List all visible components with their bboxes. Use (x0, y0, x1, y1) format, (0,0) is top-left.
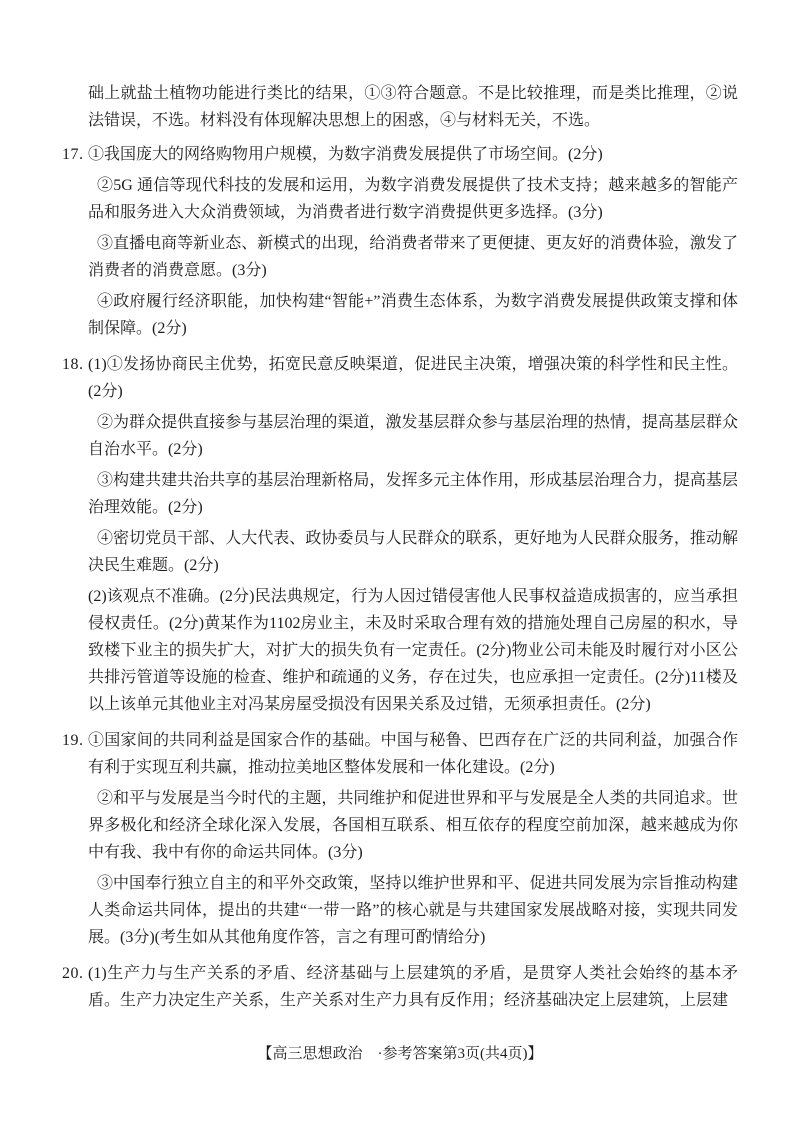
answer-key-page: 础上就盐土植物功能进行类比的结果，①③符合题意。不是比较推理，而是类比推理，②说… (0, 0, 800, 1124)
paragraph-group: ①我国庞大的网络购物用户规模，为数字消费发展提供了市场空间。(2分) ②5G 通… (88, 141, 738, 342)
continuation-paragraph-block: 础上就盐土植物功能进行类比的结果，①③符合题意。不是比较推理，而是类比推理，②说… (62, 80, 740, 134)
answer-paragraph: ①我国庞大的网络购物用户规模，为数字消费发展提供了市场空间。(2分) (88, 141, 738, 168)
answer-paragraph: ④密切党员干部、人大代表、政协委员与人民群众的联系，更好地为人民群众服务，推动解… (88, 525, 738, 579)
question-19-answer: 19. ①国家间的共同利益是国家合作的基础。中国与秘鲁、巴西存在广泛的共同利益，… (62, 727, 740, 951)
answer-paragraph: (1)①发扬协商民主优势，拓宽民意反映渠道，促进民主决策，增强决策的科学性和民主… (88, 351, 738, 405)
answer-paragraph: ③中国奉行独立自主的和平外交政策，坚持以维护世界和平、促进共同发展为宗旨推动构建… (88, 870, 738, 951)
paragraph-group: (1)①发扬协商民主优势，拓宽民意反映渠道，促进民主决策，增强决策的科学性和民主… (88, 351, 738, 718)
question-number: 19. (62, 727, 84, 754)
paragraph-group: 础上就盐土植物功能进行类比的结果，①③符合题意。不是比较推理，而是类比推理，②说… (88, 80, 738, 134)
answers-content: 础上就盐土植物功能进行类比的结果，①③符合题意。不是比较推理，而是类比推理，②说… (62, 80, 740, 1023)
answer-paragraph: 础上就盐土植物功能进行类比的结果，①③符合题意。不是比较推理，而是类比推理，②说… (88, 80, 738, 134)
question-number: 17. (62, 141, 84, 168)
answer-paragraph: ④政府履行经济职能，加快构建“智能+”消费生态体系，为数字消费发展提供政策支撑和… (88, 288, 738, 342)
question-18-answer: 18. (1)①发扬协商民主优势，拓宽民意反映渠道，促进民主决策，增强决策的科学… (62, 351, 740, 718)
paragraph-group: (1)生产力与生产关系的矛盾、经济基础与上层建筑的矛盾，是贯穿人类社会始终的基本… (88, 960, 738, 1014)
answer-paragraph: ②为群众提供直接参与基层治理的渠道，激发基层群众参与基层治理的热情，提高基层群众… (88, 409, 738, 463)
answer-paragraph: ①国家间的共同利益是国家合作的基础。中国与秘鲁、巴西存在广泛的共同利益，加强合作… (88, 727, 738, 781)
answer-paragraph: ③直播电商等新业态、新模式的出现，给消费者带来了更便捷、更友好的消费体验，激发了… (88, 230, 738, 284)
question-number: 18. (62, 351, 84, 378)
question-number: 20. (62, 960, 84, 987)
answer-paragraph: ②5G 通信等现代科技的发展和运用，为数字消费发展提供了技术支持；越来越多的智能… (88, 172, 738, 226)
question-17-answer: 17. ①我国庞大的网络购物用户规模，为数字消费发展提供了市场空间。(2分) ②… (62, 141, 740, 342)
answer-paragraph: (2)该观点不准确。(2分)民法典规定，行为人因过错侵害他人民事权益造成损害的，… (88, 583, 738, 718)
page-footer: 【高三思想政治 ·参考答案第3页(共4页)】 (0, 1042, 800, 1063)
answer-paragraph: ③构建共建共治共享的基层治理新格局，发挥多元主体作用，形成基层治理合力，提高基层… (88, 467, 738, 521)
question-20-answer: 20. (1)生产力与生产关系的矛盾、经济基础与上层建筑的矛盾，是贯穿人类社会始… (62, 960, 740, 1014)
paragraph-group: ①国家间的共同利益是国家合作的基础。中国与秘鲁、巴西存在广泛的共同利益，加强合作… (88, 727, 738, 951)
answer-paragraph: ②和平与发展是当今时代的主题，共同维护和促进世界和平与发展是全人类的共同追求。世… (88, 785, 738, 866)
answer-paragraph: (1)生产力与生产关系的矛盾、经济基础与上层建筑的矛盾，是贯穿人类社会始终的基本… (88, 960, 738, 1014)
